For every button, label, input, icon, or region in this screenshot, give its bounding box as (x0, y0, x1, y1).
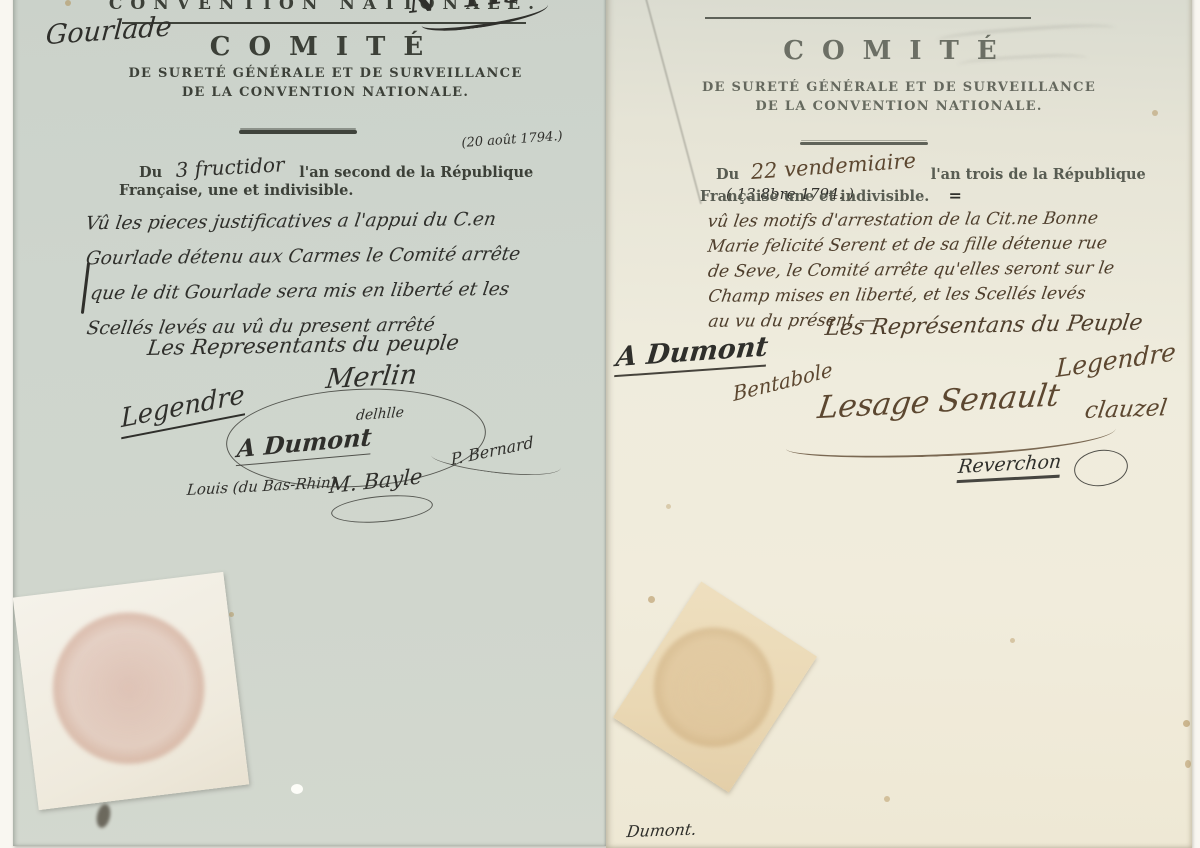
body-line: Marie felicité Serent et de sa fille dét… (706, 231, 1116, 260)
signature-lesage-flourish (786, 422, 1117, 461)
masthead-rule-right (705, 17, 1031, 19)
paper-chip (291, 784, 303, 794)
dateline-prefix-left: Du (139, 164, 162, 181)
body-line: Champ mises en liberté, et les Scellés l… (706, 281, 1116, 310)
fox-spot (1152, 110, 1158, 116)
fox-spot (884, 796, 890, 802)
subtitle2-left: DE LA CONVENTION NATIONALE. (29, 85, 606, 100)
dateline-prefix-right: Du (716, 166, 739, 183)
body-line: Vû les pieces justificatives a l'appui d… (83, 202, 522, 242)
body-text-left: Vû les pieces justificatives a l'appui d… (88, 202, 524, 347)
body-line: Gourlade détenu aux Carmes le Comité arr… (83, 237, 522, 277)
signature-bayle-flourish (330, 492, 434, 527)
closing-line-right: Les Représentans du Peuple (823, 310, 1144, 341)
seal-paper-right (613, 581, 817, 792)
document-left: CONVENTION NATIONALE. N° 145 Gourlade CO… (13, 0, 606, 846)
signature-louis: Louis (du Bas-Rhin) (186, 473, 337, 499)
fox-spot (1183, 720, 1190, 727)
signature-merlin: Merlin (324, 359, 419, 395)
ink-smudge (95, 803, 113, 829)
title-right: COMITÉ (606, 36, 1192, 66)
body-line: de Seve, le Comité arrête qu'elles seron… (706, 256, 1116, 285)
body-line: vû les motifs d'arrestation de la Cit.ne… (706, 206, 1116, 235)
fox-spot (1010, 638, 1015, 643)
signature-legendre-left: Legendre (121, 380, 245, 440)
dateline-line2-right: Française une et indivisible. (700, 188, 929, 205)
subtitle1-left: DE SURETÉ GÉNÉRALE ET DE SURVEILLANCE (29, 66, 606, 81)
fox-spot (648, 596, 655, 603)
bottom-annotation-dumont: Dumont. (626, 820, 698, 842)
gregorian-date-annotation-left: (20 août 1794.) (461, 129, 563, 151)
signature-delhlle: delhlle (355, 405, 404, 424)
subtitle1-right: DE SURETÉ GÉNÉRALE ET DE SURVEILLANCE (606, 80, 1192, 95)
fox-spot (65, 0, 71, 6)
title-left: COMITÉ (29, 32, 606, 62)
signature-lesage-senault: Lesage Senault (815, 377, 1062, 426)
dateline-handwritten-left: 3 fructidor (175, 152, 285, 182)
dateline-suffix-left: l'an second de la République (299, 164, 533, 181)
dateline-suffix-right: l'an trois de la République (931, 166, 1146, 183)
closing-line-left: Les Representants du peuple (146, 331, 460, 360)
subtitle2-right: DE LA CONVENTION NATIONALE. (606, 99, 1192, 114)
seal-paper-left (13, 572, 249, 810)
dateline-line2-left: Française, une et indivisible. (119, 182, 353, 199)
signature-dumont-right: A Dumont (614, 331, 769, 377)
signature-reverchon: Reverchon (957, 451, 1063, 484)
signature-reverchon-paraph (1072, 446, 1130, 489)
signature-clauzel: clauzel (1083, 395, 1168, 424)
body-line: que le dit Gourlade sera mis en liberté … (88, 272, 527, 312)
fox-spot (229, 612, 234, 617)
signature-legendre-right: Legendre (1055, 337, 1176, 383)
dateline-dash-mark: = (948, 186, 961, 205)
section-divider-left (239, 130, 357, 134)
section-divider-right (800, 142, 928, 145)
fox-spot (666, 504, 671, 509)
fox-spot (1185, 760, 1191, 768)
wax-seal-impression-left (44, 604, 213, 773)
document-right: CONVENTION NATIONALE. COMITÉ DE SURETÉ G… (606, 0, 1192, 848)
wax-seal-impression-right (631, 604, 797, 770)
dateline-handwritten-right: 22 vendemiaire (750, 148, 917, 183)
